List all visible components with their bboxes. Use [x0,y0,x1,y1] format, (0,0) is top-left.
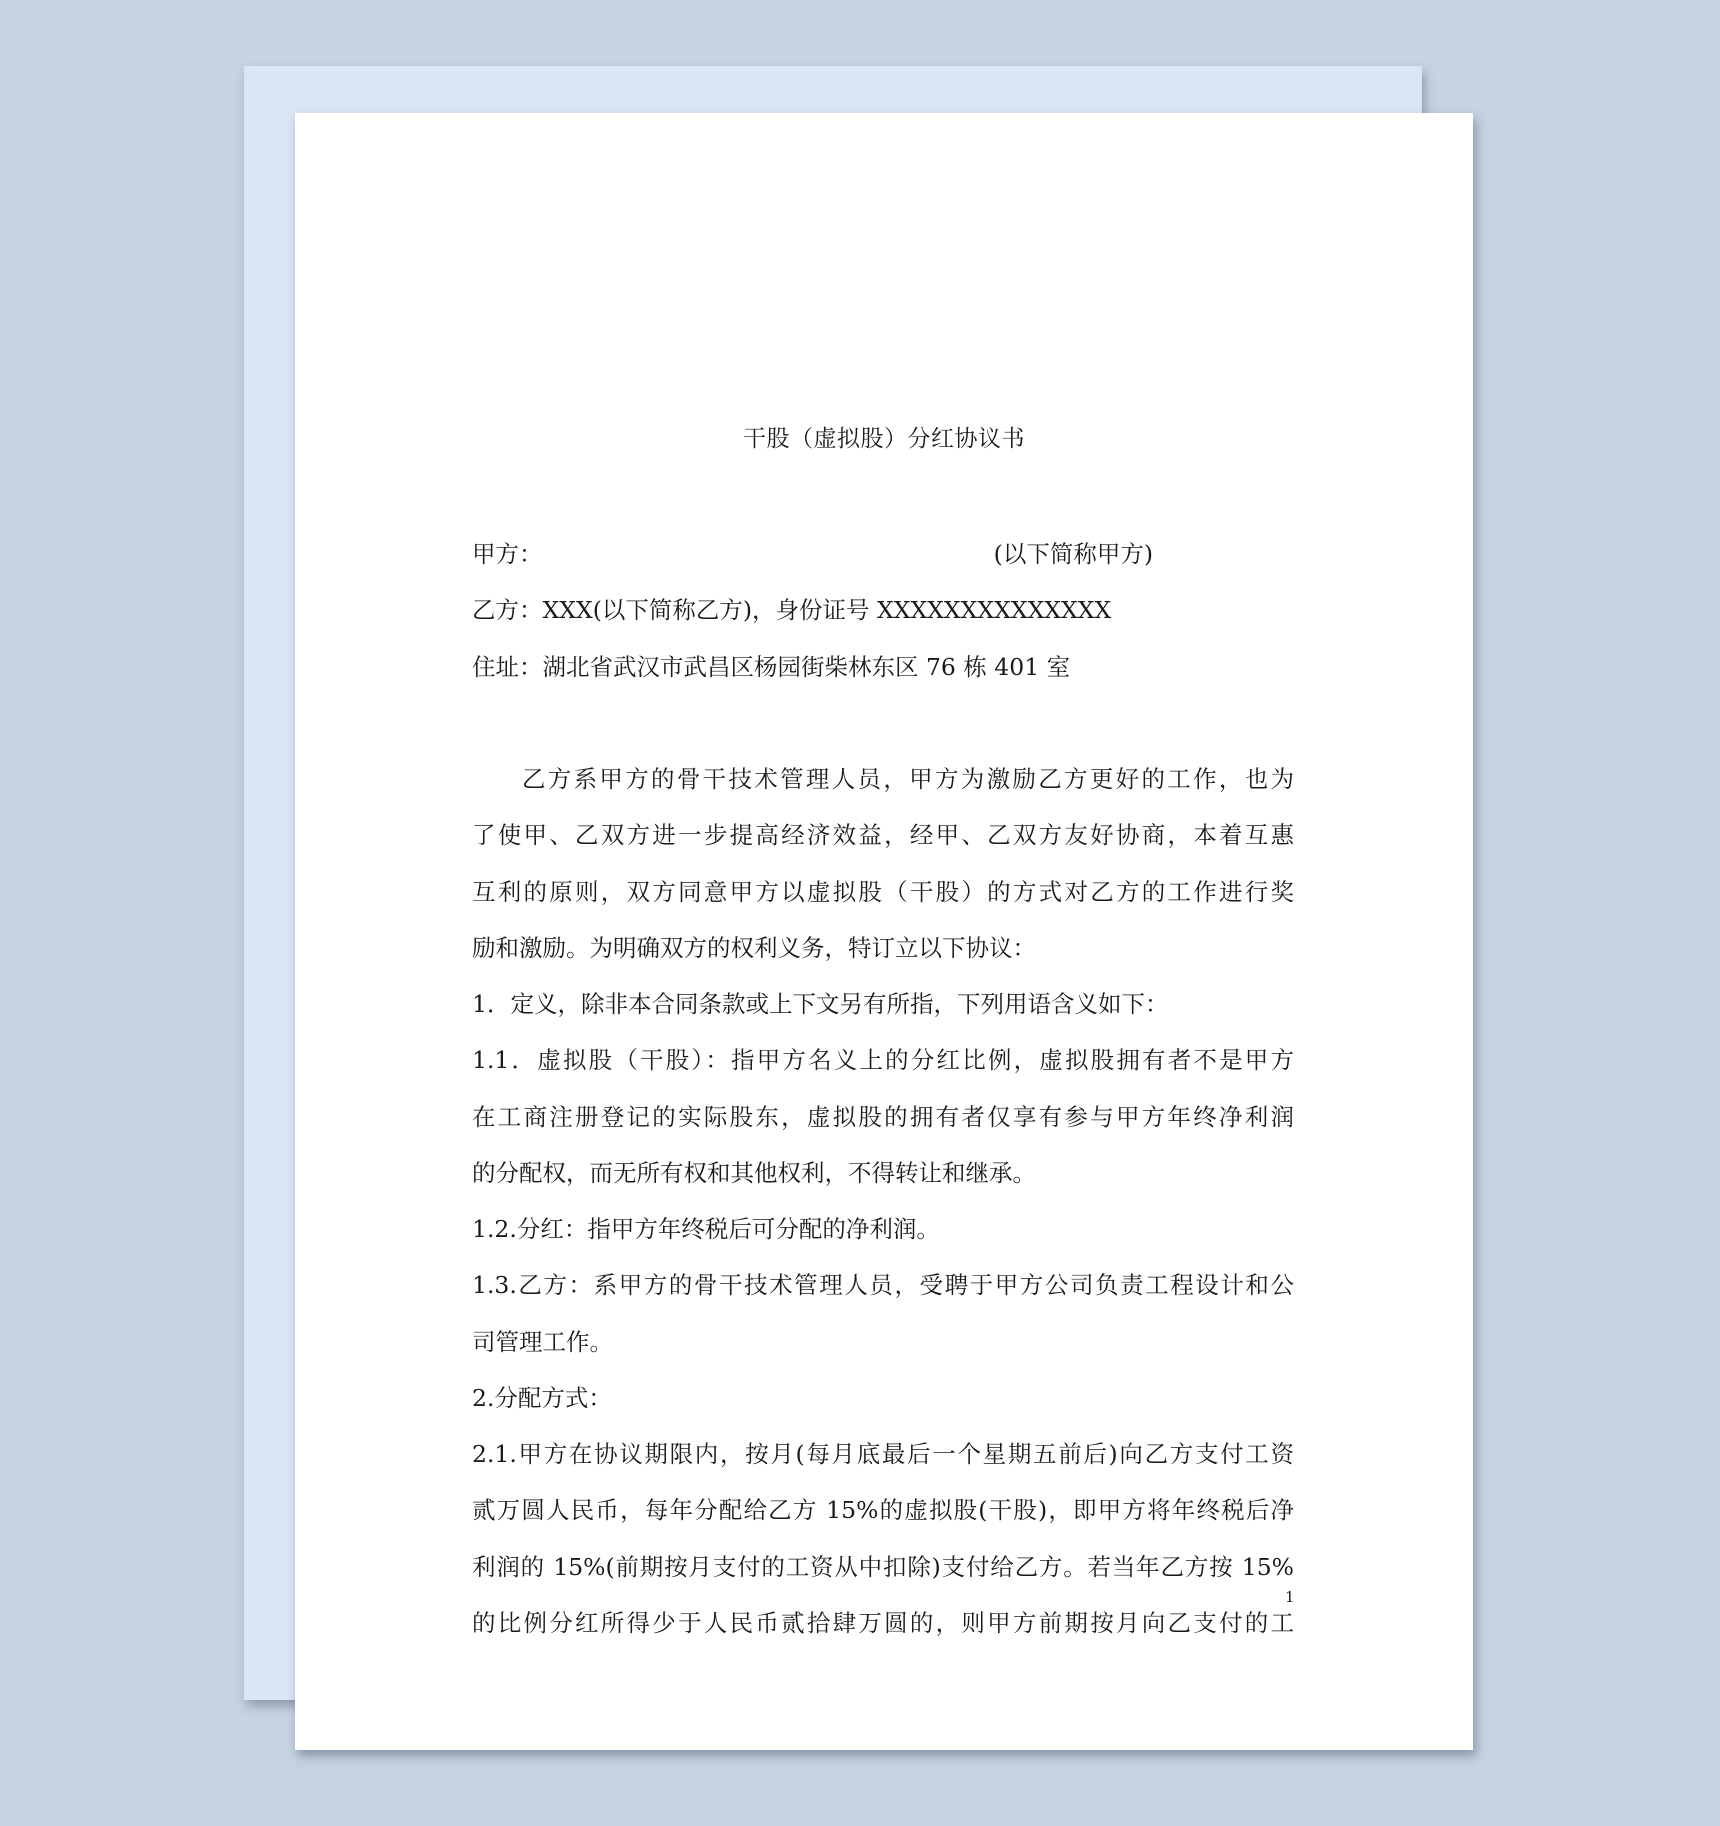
document-body: 甲方： (以下简称甲方) 乙方：XXX(以下简称乙方)，身份证号 XXXXXXX… [472,526,1294,1651]
document-page: 干股（虚拟股）分红协议书 甲方： (以下简称甲方) 乙方：XXX(以下简称乙方)… [295,113,1473,1750]
clause-2-heading: 2.分配方式： [472,1370,1294,1426]
party-a-line: 甲方： (以下简称甲方) [472,526,1153,582]
party-b-line: 乙方：XXX(以下简称乙方)，身份证号 XXXXXXXXXXXXXX [472,582,1294,638]
paragraph-line: 了使甲、乙双方进一步提高经济效益，经甲、乙双方友好协商，本着互惠 [472,807,1294,863]
clause-1-3-line: 司管理工作。 [472,1314,1294,1370]
clause-2-1-line: 2.1.甲方在协议期限内，按月(每月底最后一个星期五前后)向乙方支付工资 [472,1426,1294,1482]
clause-1-2-line: 1.2.分红：指甲方年终税后可分配的净利润。 [472,1201,1294,1257]
clause-1-3-line: 1.3.乙方：系甲方的骨干技术管理人员，受聘于甲方公司负责工程设计和公 [472,1257,1294,1313]
address-line: 住址：湖北省武汉市武昌区杨园街柴林东区 76 栋 401 室 [472,639,1294,695]
party-a-label: 甲方： [472,526,543,582]
paragraph-line: 励和激励。为明确双方的权利义务，特订立以下协议： [472,920,1294,976]
document-title: 干股（虚拟股）分红协议书 [295,420,1473,458]
clause-2-1-line: 的比例分红所得少于人民币贰拾肆万圆的，则甲方前期按月向乙支付的工 [472,1595,1294,1651]
party-a-suffix: (以下简称甲方) [994,526,1153,582]
clause-2-1-line: 利润的 15%(前期按月支付的工资从中扣除)支付给乙方。若当年乙方按 15% [472,1539,1294,1595]
clause-1-heading: 1．定义，除非本合同条款或上下文另有所指，下列用语含义如下： [472,976,1294,1032]
blank-line [472,695,1294,751]
clause-2-1-line: 贰万圆人民币，每年分配给乙方 15%的虚拟股(干股)，即甲方将年终税后净 [472,1482,1294,1538]
clause-1-1-line: 的分配权，而无所有权和其他权利，不得转让和继承。 [472,1145,1294,1201]
clause-1-1-line: 1.1．虚拟股（干股）：指甲方名义上的分红比例，虚拟股拥有者不是甲方 [472,1032,1294,1088]
page-number: 1 [1285,1588,1295,1606]
clause-1-1-line: 在工商注册登记的实际股东，虚拟股的拥有者仅享有参与甲方年终净利润 [472,1089,1294,1145]
paragraph-line: 互利的原则，双方同意甲方以虚拟股（干股）的方式对乙方的工作进行奖 [472,864,1294,920]
paragraph-line: 乙方系甲方的骨干技术管理人员，甲方为激励乙方更好的工作，也为 [472,751,1294,807]
